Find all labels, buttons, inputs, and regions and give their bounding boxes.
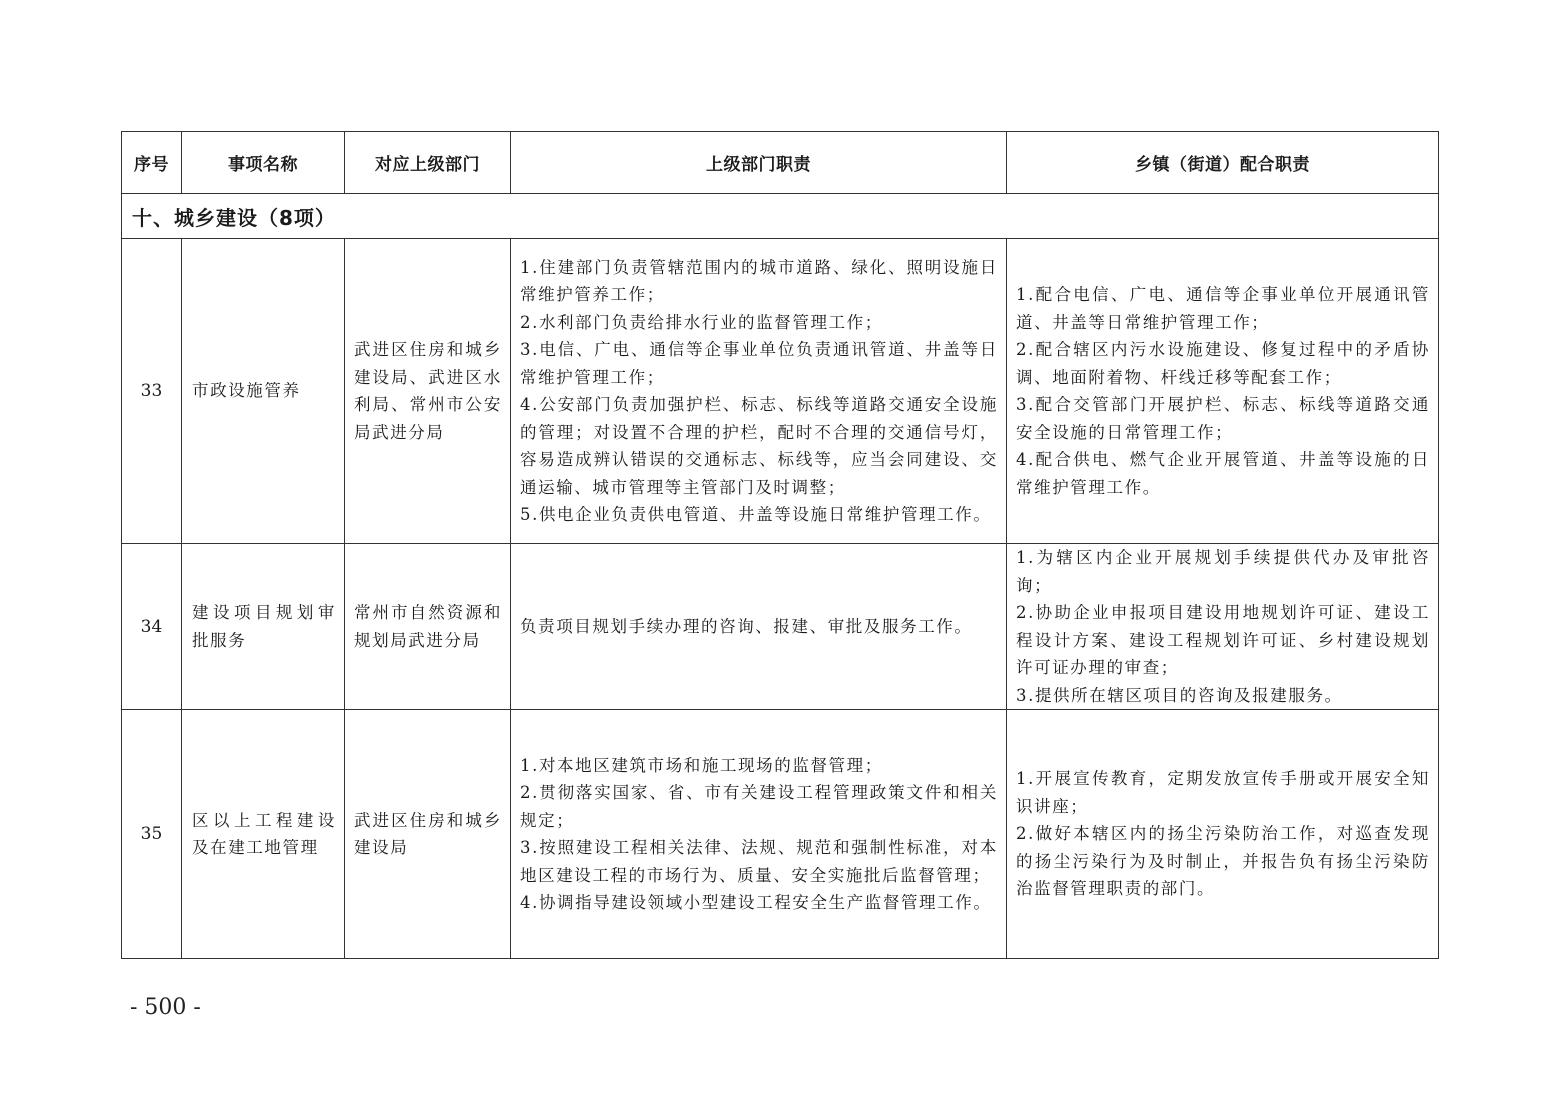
row-number: 33 xyxy=(122,239,182,544)
table-header-row: 序号 事项名称 对应上级部门 上级部门职责 乡镇（街道）配合职责 xyxy=(122,132,1439,194)
duty-item: 3.提供所在辖区项目的咨询及报建服务。 xyxy=(1016,682,1430,710)
town-duties: 1.开展宣传教育，定期发放宣传手册或开展安全知识讲座； 2.做好本辖区内的扬尘污… xyxy=(1007,710,1439,959)
duty-item: 1.为辖区内企业开展规划手续提供代办及审批咨询； xyxy=(1016,544,1430,599)
superior-department: 常州市自然资源和规划局武进分局 xyxy=(345,544,511,710)
section-row: 十、城乡建设（8项） xyxy=(122,194,1439,239)
duty-item: 3.按照建设工程相关法律、法规、规范和强制性标准，对本地区建设工程的市场行为、质… xyxy=(520,834,998,889)
duty-item: 2.做好本辖区内的扬尘污染防治工作，对巡查发现的扬尘污染行为及时制止，并报告负有… xyxy=(1016,820,1430,903)
duty-item: 3.电信、广电、通信等企事业单位负责通讯管道、井盖等日常维护管理工作； xyxy=(520,336,998,391)
town-duties: 1.为辖区内企业开展规划手续提供代办及审批咨询； 2.协助企业申报项目建设用地规… xyxy=(1007,544,1439,710)
row-number: 34 xyxy=(122,544,182,710)
section-title: 十、城乡建设（8项） xyxy=(122,194,1439,239)
town-duties: 1.配合电信、广电、通信等企事业单位开展通讯管道、井盖等日常维护管理工作； 2.… xyxy=(1007,239,1439,544)
duty-item: 4.公安部门负责加强护栏、标志、标线等道路交通安全设施的管理；对设置不合理的护栏… xyxy=(520,391,998,501)
duty-item: 1.对本地区建筑市场和施工现场的监督管理； xyxy=(520,752,998,780)
row-number: 35 xyxy=(122,710,182,959)
item-name: 建设项目规划审批服务 xyxy=(182,544,345,710)
duty-item: 2.配合辖区内污水设施建设、修复过程中的矛盾协调、地面附着物、杆线迁移等配套工作… xyxy=(1016,336,1430,391)
duty-item: 2.协助企业申报项目建设用地规划许可证、建设工程设计方案、建设工程规划许可证、乡… xyxy=(1016,599,1430,682)
superior-duties: 负责项目规划手续办理的咨询、报建、审批及服务工作。 xyxy=(511,544,1007,710)
header-superior-department: 对应上级部门 xyxy=(345,132,511,194)
superior-duties: 1.住建部门负责管辖范围内的城市道路、绿化、照明设施日常维护管养工作； 2.水利… xyxy=(511,239,1007,544)
table-row: 35 区以上工程建设及在建工地管理 武进区住房和城乡建设局 1.对本地区建筑市场… xyxy=(122,710,1439,959)
superior-duties: 1.对本地区建筑市场和施工现场的监督管理； 2.贯彻落实国家、省、市有关建设工程… xyxy=(511,710,1007,959)
table-row: 33 市政设施管养 武进区住房和城乡建设局、武进区水利局、常州市公安局武进分局 … xyxy=(122,239,1439,544)
duty-item: 3.配合交管部门开展护栏、标志、标线等道路交通安全设施的日常管理工作； xyxy=(1016,391,1430,446)
header-serial-number: 序号 xyxy=(122,132,182,194)
duty-item: 1.开展宣传教育，定期发放宣传手册或开展安全知识讲座； xyxy=(1016,765,1430,820)
superior-department: 武进区住房和城乡建设局 xyxy=(345,710,511,959)
item-name: 市政设施管养 xyxy=(182,239,345,544)
duty-item: 1.配合电信、广电、通信等企事业单位开展通讯管道、井盖等日常维护管理工作； xyxy=(1016,281,1430,336)
page-number: - 500 - xyxy=(130,995,201,1020)
duty-item: 负责项目规划手续办理的咨询、报建、审批及服务工作。 xyxy=(520,613,998,641)
responsibility-table: 序号 事项名称 对应上级部门 上级部门职责 乡镇（街道）配合职责 十、城乡建设（… xyxy=(121,131,1439,959)
header-town-duties: 乡镇（街道）配合职责 xyxy=(1007,132,1439,194)
header-item-name: 事项名称 xyxy=(182,132,345,194)
duty-item: 2.水利部门负责给排水行业的监督管理工作； xyxy=(520,309,998,337)
duty-item: 4.协调指导建设领域小型建设工程安全生产监督管理工作。 xyxy=(520,889,998,917)
header-superior-duties: 上级部门职责 xyxy=(511,132,1007,194)
table-row: 34 建设项目规划审批服务 常州市自然资源和规划局武进分局 负责项目规划手续办理… xyxy=(122,544,1439,710)
superior-department: 武进区住房和城乡建设局、武进区水利局、常州市公安局武进分局 xyxy=(345,239,511,544)
duty-item: 1.住建部门负责管辖范围内的城市道路、绿化、照明设施日常维护管养工作； xyxy=(520,254,998,309)
duty-item: 2.贯彻落实国家、省、市有关建设工程管理政策文件和相关规定； xyxy=(520,779,998,834)
duty-item: 5.供电企业负责供电管道、井盖等设施日常维护管理工作。 xyxy=(520,501,998,529)
item-name: 区以上工程建设及在建工地管理 xyxy=(182,710,345,959)
duty-item: 4.配合供电、燃气企业开展管道、井盖等设施的日常维护管理工作。 xyxy=(1016,446,1430,501)
